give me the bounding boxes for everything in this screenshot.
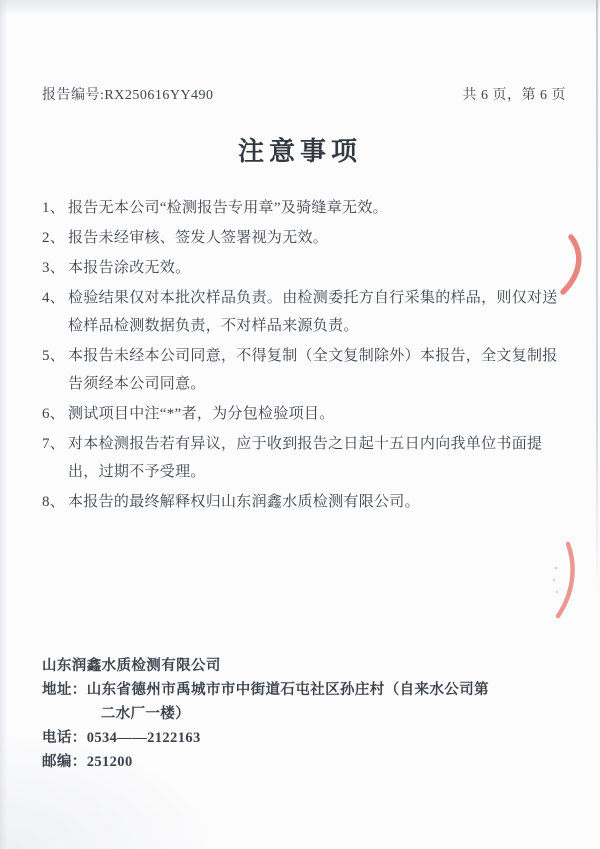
footer: 山东润鑫水质检测有限公司 地址： 山东省德州市禹城市市中街道石屯社区孙庄村（自来… (42, 654, 562, 774)
note-item: 3、本报告涂改无效。 (42, 254, 570, 282)
note-item-number: 4、 (42, 284, 68, 340)
company-name: 山东润鑫水质检测有限公司 (42, 654, 562, 678)
note-item-line: 本报告的最终解释权归山东润鑫水质检测有限公司。 (68, 488, 570, 516)
note-item: 1、报告无本公司“检测报告专用章”及骑缝章无效。 (42, 194, 570, 222)
report-number: 报告编号:RX250616YY490 (42, 84, 214, 104)
note-item-line: 测试项目中注“*”者，为分包检验项目。 (68, 400, 570, 428)
note-item-line: 检验结果仅对本批次样品负责。由检测委托方自行采集的样品，则仅对送 (68, 284, 570, 312)
address-line-1: 山东省德州市禹城市市中街道石屯社区孙庄村（自来水公司第 (87, 678, 489, 702)
note-item-text: 本报告未经本公司同意，不得复制（全文复制除外）本报告，全文复制报告须经本公司同意… (68, 342, 570, 398)
note-item-text: 本报告的最终解释权归山东润鑫水质检测有限公司。 (68, 488, 570, 516)
address-row: 地址： 山东省德州市禹城市市中街道石屯社区孙庄村（自来水公司第 二水厂一楼） (42, 678, 562, 726)
note-item-line: 告须经本公司同意。 (68, 370, 570, 398)
note-item-number: 2、 (42, 224, 68, 252)
note-item: 7、对本检测报告若有异议，应于收到报告之日起十五日内向我单位书面提出，过期不予受… (42, 430, 570, 486)
note-item-line: 报告无本公司“检测报告专用章”及骑缝章无效。 (68, 194, 570, 222)
note-item-number: 1、 (42, 194, 68, 222)
note-item: 2、报告未经审核、签发人签署视为无效。 (42, 224, 570, 252)
address-value: 山东省德州市禹城市市中街道石屯社区孙庄村（自来水公司第 二水厂一楼） (87, 678, 489, 726)
note-item-text: 本报告涂改无效。 (68, 254, 570, 282)
red-pen-mark-bottom (546, 536, 584, 628)
note-item-line: 报告未经审核、签发人签署视为无效。 (68, 224, 570, 252)
phone-row: 电话： 0534——2122163 (42, 726, 562, 750)
scan-left-edge (0, 0, 7, 849)
note-item: 6、测试项目中注“*”者，为分包检验项目。 (42, 400, 570, 428)
note-item: 8、本报告的最终解释权归山东润鑫水质检测有限公司。 (42, 488, 570, 516)
note-item-number: 5、 (42, 342, 68, 398)
page-count: 共 6 页，第 6 页 (463, 84, 567, 104)
note-item-text: 测试项目中注“*”者，为分包检验项目。 (68, 400, 570, 428)
postcode-value: 251200 (87, 750, 133, 774)
address-line-2: 二水厂一楼） (87, 702, 489, 726)
note-item-line: 本报告未经本公司同意，不得复制（全文复制除外）本报告，全文复制报 (68, 342, 570, 370)
scan-right-page-edge (596, 0, 598, 600)
note-item-number: 8、 (42, 488, 68, 516)
note-item-number: 3、 (42, 254, 68, 282)
notes-list: 1、报告无本公司“检测报告专用章”及骑缝章无效。2、报告未经审核、签发人签署视为… (42, 194, 570, 518)
note-item-line: 检样品检测数据负责，不对样品来源负责。 (68, 312, 570, 340)
scan-top-edge (0, 0, 600, 16)
note-item-text: 检验结果仅对本批次样品负责。由检测委托方自行采集的样品，则仅对送检样品检测数据负… (68, 284, 570, 340)
note-item-line: 本报告涂改无效。 (68, 254, 570, 282)
phone-value: 0534——2122163 (87, 726, 201, 750)
postcode-label: 邮编： (42, 750, 87, 774)
phone-label: 电话： (42, 726, 87, 750)
note-item-text: 报告无本公司“检测报告专用章”及骑缝章无效。 (68, 194, 570, 222)
note-item-number: 6、 (42, 400, 68, 428)
postcode-row: 邮编： 251200 (42, 750, 562, 774)
note-item-line: 对本检测报告若有异议，应于收到报告之日起十五日内向我单位书面提 (68, 430, 570, 458)
scanned-report-page: { "page": { "report_number": "报告编号:RX250… (0, 0, 600, 849)
note-item: 4、检验结果仅对本批次样品负责。由检测委托方自行采集的样品，则仅对送检样品检测数… (42, 284, 570, 340)
note-item-text: 报告未经审核、签发人签署视为无效。 (68, 224, 570, 252)
page-title: 注意事项 (0, 131, 600, 168)
address-label: 地址： (42, 678, 87, 702)
note-item: 5、本报告未经本公司同意，不得复制（全文复制除外）本报告，全文复制报告须经本公司… (42, 342, 570, 398)
note-item-number: 7、 (42, 430, 68, 486)
note-item-line: 出，过期不予受理。 (68, 458, 570, 486)
note-item-text: 对本检测报告若有异议，应于收到报告之日起十五日内向我单位书面提出，过期不予受理。 (68, 430, 570, 486)
page-header: 报告编号:RX250616YY490 共 6 页，第 6 页 (42, 84, 566, 104)
